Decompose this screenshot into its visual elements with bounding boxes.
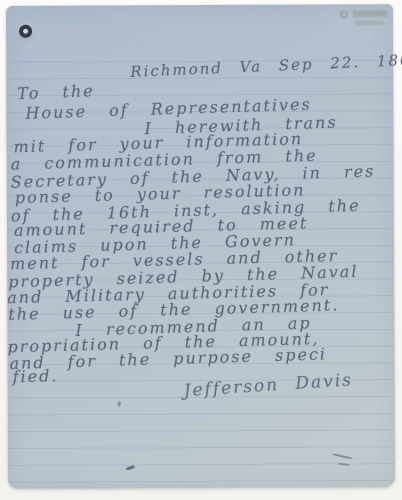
pencil-mark — [126, 465, 135, 471]
photo-background: Richmond Va Sep 22. 1862 To the House of… — [0, 0, 402, 500]
address-line: To the — [17, 83, 95, 102]
pencil-mark — [332, 453, 353, 460]
auction-watermark-icon — [338, 7, 390, 32]
watermark-text-blur — [353, 10, 387, 17]
grommet-hole-icon — [19, 25, 32, 38]
body-line: fied. — [12, 368, 58, 385]
signature: Jefferson Davis — [183, 372, 353, 400]
watermark-ring-icon — [340, 10, 348, 18]
dateline: Richmond Va Sep 22. 1862 — [130, 52, 402, 80]
watermark-text-blur — [355, 20, 384, 25]
letter-paper: Richmond Va Sep 22. 1862 To the House of… — [6, 4, 395, 489]
pencil-mark — [338, 463, 350, 466]
pencil-mark — [117, 401, 121, 407]
